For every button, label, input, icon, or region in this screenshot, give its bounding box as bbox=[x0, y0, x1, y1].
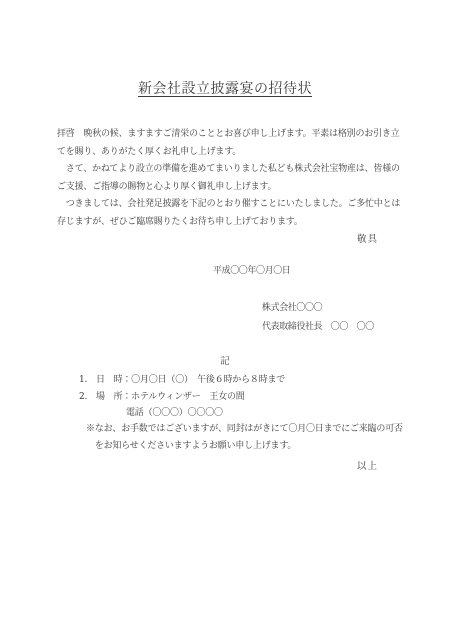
detail-items: 1. 日 時：〇月〇日（〇） 午後６時から８時まで 2. 場 所：ホテルウィンザ… bbox=[79, 372, 409, 406]
letter-date: 平成〇〇年〇月〇日 bbox=[213, 263, 290, 280]
rsvp-note: ※なお、お手数ではございますが、同封はがきにて〇月〇日までにご来臨の可否 をお知… bbox=[86, 421, 406, 455]
letter-page: 新会社設立披露宴の招待状 拝啓 晩秋の候、ますますご清栄のこととお喜び申し上げま… bbox=[0, 0, 450, 636]
phone-line: 電話（〇〇〇）〇〇〇〇 bbox=[126, 405, 223, 422]
letter-title: 新会社設立披露宴の招待状 bbox=[0, 79, 450, 99]
end-word: 以上 bbox=[57, 458, 378, 475]
record-heading: 記 bbox=[0, 353, 450, 370]
signer-name: 代表取締役社長 〇〇 〇〇 bbox=[262, 319, 374, 336]
closing-word: 敬具 bbox=[57, 231, 378, 248]
letter-body: 拝啓 晩秋の候、ますますご清栄のこととお喜び申し上げます。平素は格別のお引き立 … bbox=[57, 126, 417, 232]
company-name: 株式会社〇〇〇 bbox=[262, 300, 322, 317]
